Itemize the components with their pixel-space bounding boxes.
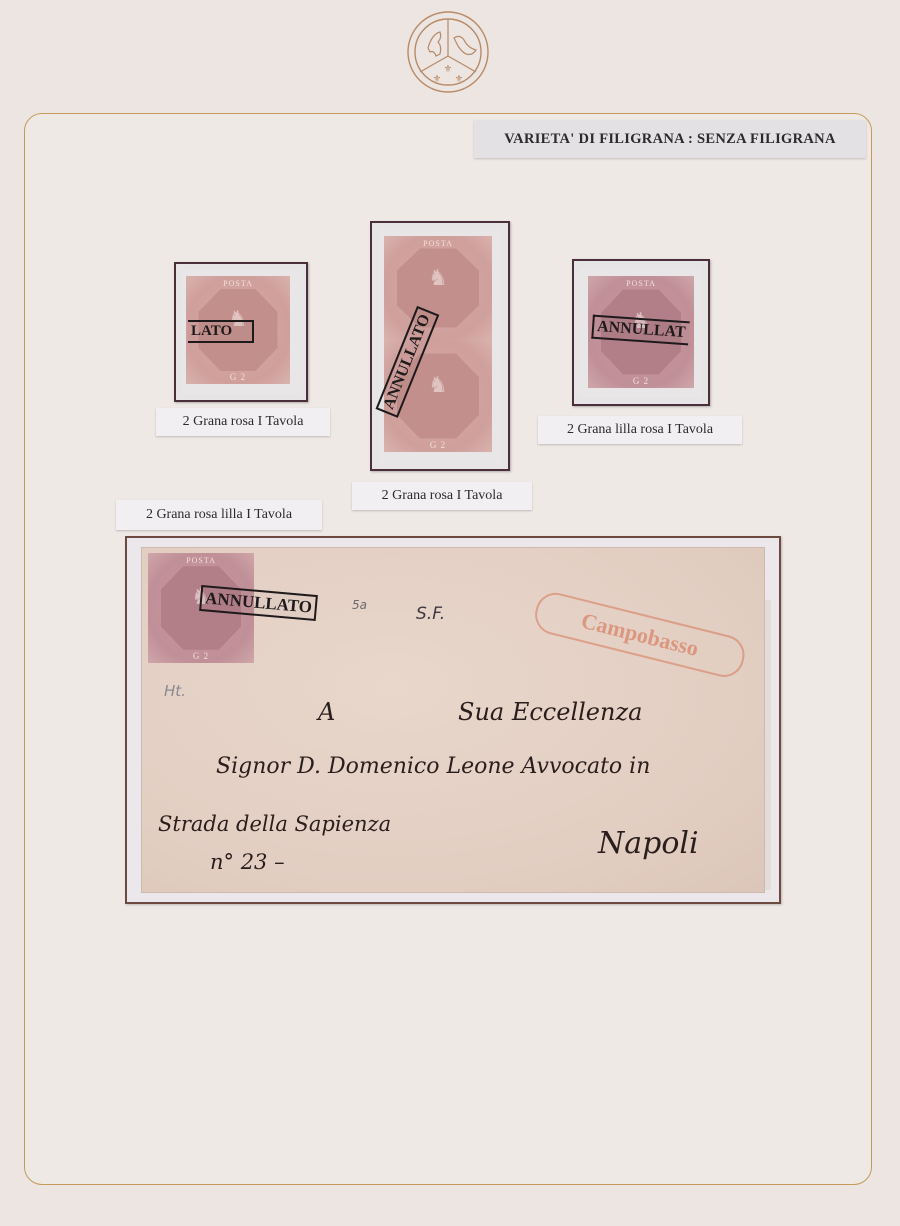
stamp-bottom-text: G 2 bbox=[588, 376, 694, 386]
svg-text:⚜: ⚜ bbox=[444, 64, 453, 75]
horse-emblem-icon: ♞ bbox=[419, 374, 458, 419]
stamp-caption-left: 2 Grana rosa I Tavola bbox=[156, 408, 330, 436]
page-title-label: VARIETA' DI FILIGRANA : SENZA FILIGRANA bbox=[474, 120, 866, 158]
address-line-number: n° 23 – bbox=[210, 850, 285, 874]
stamp-bottom-text: G 2 bbox=[384, 440, 492, 450]
address-line-street: Strada della Sapienza bbox=[158, 812, 391, 836]
cover-caption: 2 Grana rosa lilla I Tavola bbox=[116, 500, 322, 530]
stamp-pair-top: POSTA ♞ bbox=[384, 236, 492, 340]
address-line-excellency: Sua Eccellenza bbox=[458, 698, 642, 726]
address-line-a: A bbox=[318, 698, 335, 726]
stamp-top-text: POSTA bbox=[186, 279, 290, 288]
address-line-recipient: Signor D. Domenico Leone Avvocato in bbox=[216, 754, 650, 779]
stamp-top-text: POSTA bbox=[384, 239, 492, 248]
stamp-top-text: POSTA bbox=[588, 279, 694, 288]
stamp-top-text: POSTA bbox=[148, 556, 254, 565]
pencil-signature: Ht. bbox=[164, 682, 186, 700]
stamp-caption-center: 2 Grana rosa I Tavola bbox=[352, 482, 532, 510]
horse-emblem-icon: ♞ bbox=[419, 267, 458, 309]
pencil-note-sf: S.F. bbox=[416, 604, 445, 624]
address-line-city: Napoli bbox=[598, 826, 699, 861]
stamp-bottom-text: G 2 bbox=[186, 372, 290, 382]
svg-text:⚜: ⚜ bbox=[455, 74, 464, 85]
stamp-bottom-text: G 2 bbox=[148, 651, 254, 661]
svg-text:⚜: ⚜ bbox=[433, 74, 442, 85]
stamp-caption-right: 2 Grana lilla rosa I Tavola bbox=[538, 416, 742, 444]
heraldic-emblem-icon: ⚜ ⚜ ⚜ bbox=[406, 10, 490, 94]
pencil-note-catalog: 5a bbox=[352, 598, 367, 612]
cancel-postmark: LATO bbox=[188, 320, 254, 343]
